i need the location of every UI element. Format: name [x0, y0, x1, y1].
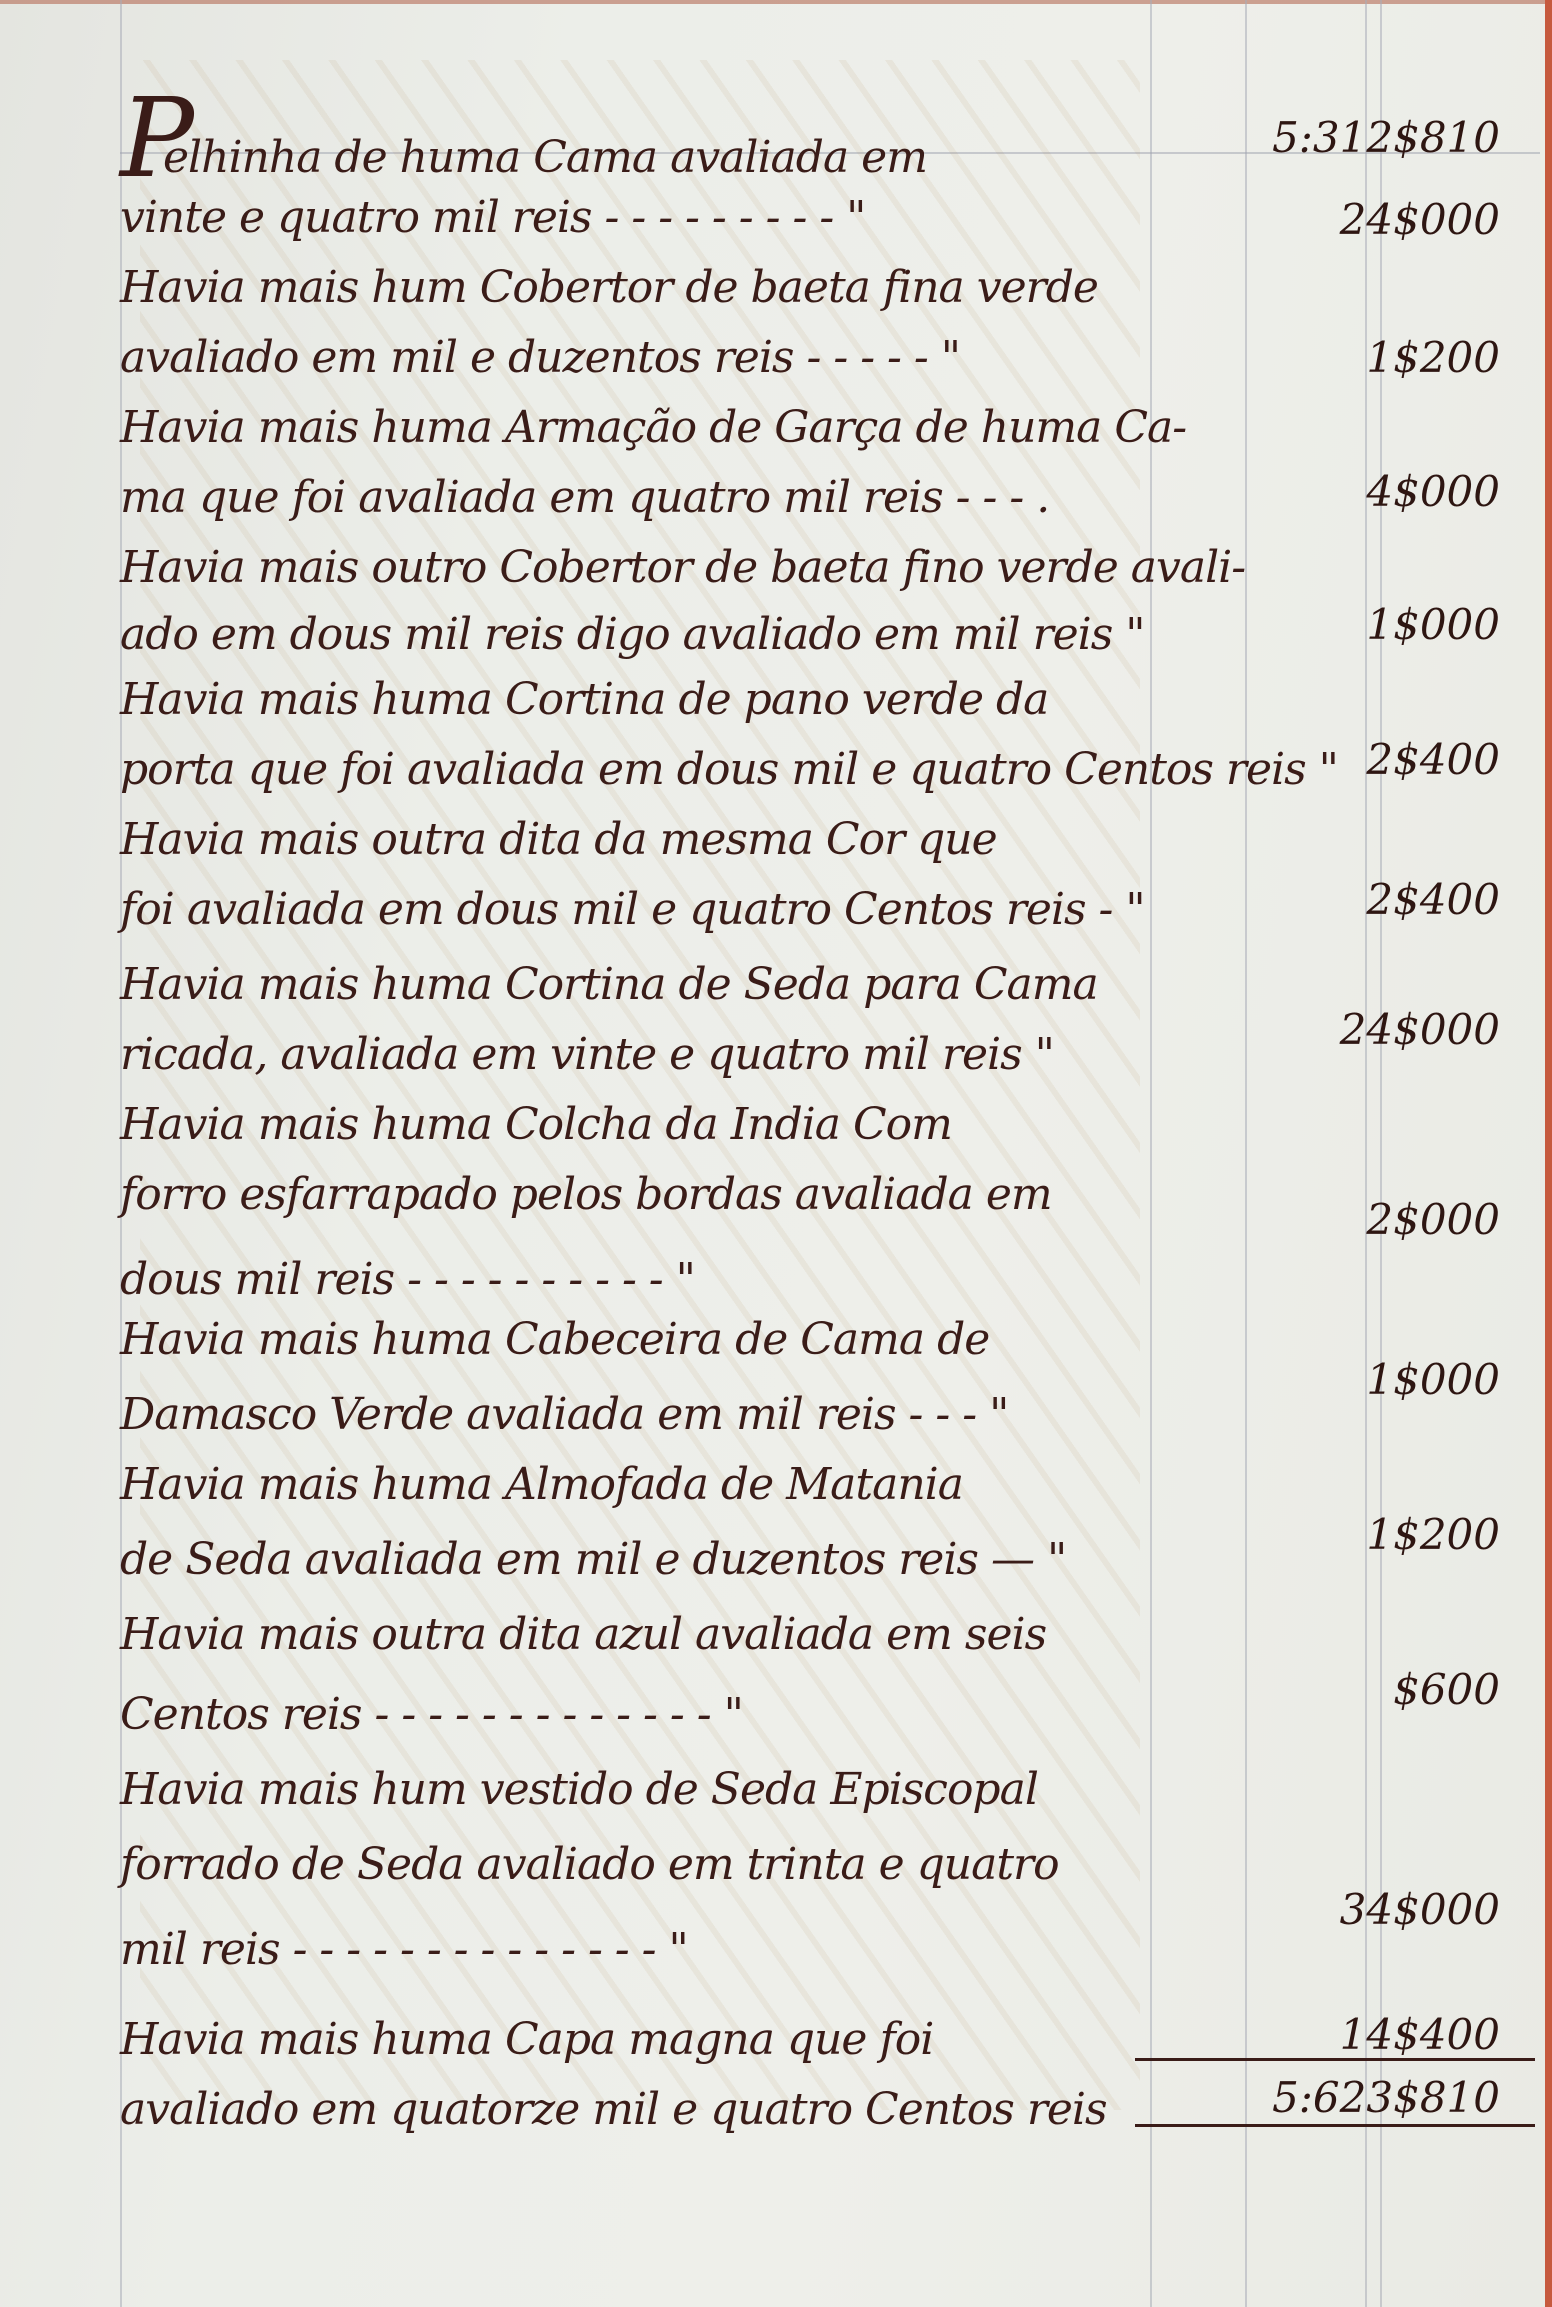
entry-amount: 14$400 — [1180, 2005, 1500, 2065]
entry-amount: 2$400 — [1180, 870, 1500, 930]
entry-line: avaliado em quatorze mil e quatro Centos… — [120, 2080, 1150, 2140]
entry-line: foi avaliada em dous mil e quatro Centos… — [120, 880, 1150, 940]
entry-amount: 34$000 — [1180, 1880, 1500, 1940]
page-top-edge — [0, 0, 1545, 4]
entry-amount: 24$000 — [1180, 1000, 1500, 1060]
entry-line: ma que foi avaliada em quatro mil reis -… — [120, 468, 1150, 528]
entry-line: Havia mais huma Capa magna que foi — [120, 2010, 1150, 2070]
entry-line: vinte e quatro mil reis - - - - - - - - … — [120, 188, 1150, 248]
entry-line: Damasco Verde avaliada em mil reis - - -… — [120, 1385, 1150, 1445]
entry-line: Havia mais outra dita azul avaliada em s… — [120, 1605, 1150, 1665]
entry-line: ricada, avaliada em vinte e quatro mil r… — [120, 1025, 1150, 1085]
entry-line: forro esfarrapado pelos bordas avaliada … — [120, 1165, 1150, 1225]
entry-amount: 2$400 — [1180, 730, 1500, 790]
entry-line: forrado de Seda avaliado em trinta e qua… — [120, 1835, 1150, 1895]
entry-amount: $600 — [1180, 1660, 1500, 1720]
carried-forward-amount: 5:312$810 — [1180, 108, 1500, 168]
column-rule-1 — [1150, 0, 1152, 2307]
entry-line: ado em dous mil reis digo avaliado em mi… — [120, 605, 1150, 665]
entry-line: Havia mais hum vestido de Seda Episcopal — [120, 1760, 1150, 1820]
entry-line: Havia mais outro Cobertor de baeta fino … — [120, 538, 1150, 598]
entry-line: Havia mais huma Cortina de pano verde da — [120, 670, 1150, 730]
entry-line: Pelhinha de huma Cama avaliada em — [120, 108, 1150, 168]
entry-amount: 2$000 — [1180, 1190, 1500, 1250]
entry-line: porta que foi avaliada em dous mil e qua… — [120, 740, 1150, 800]
sum-rule-top — [1135, 2058, 1535, 2061]
entry-line: Havia mais huma Almofada de Matania — [120, 1455, 1150, 1515]
entry-amount: 24$000 — [1180, 190, 1500, 250]
entry-line: Havia mais huma Cortina de Seda para Cam… — [120, 955, 1150, 1015]
entry-amount: 1$200 — [1180, 328, 1500, 388]
entry-line: Centos reis - - - - - - - - - - - - - " — [120, 1685, 1150, 1745]
entry-amount: 1$000 — [1180, 1350, 1500, 1410]
total-amount: 5:623$810 — [1180, 2068, 1500, 2128]
entry-line: Havia mais huma Colcha da India Com — [120, 1095, 1150, 1155]
entry-amount: 1$000 — [1180, 595, 1500, 655]
entry-line: Havia mais hum Cobertor de baeta fina ve… — [120, 258, 1150, 318]
entry-line: dous mil reis - - - - - - - - - - " — [120, 1250, 1150, 1310]
entry-amount: 1$200 — [1180, 1505, 1500, 1565]
entry-line: Havia mais huma Cabeceira de Cama de — [120, 1310, 1150, 1370]
ledger-page: Pelhinha de huma Cama avaliada em 5:312$… — [0, 0, 1545, 2307]
entry-line: Havia mais huma Armação de Garça de huma… — [120, 398, 1150, 458]
entry-line: Havia mais outra dita da mesma Cor que — [120, 810, 1150, 870]
sum-rule-bottom — [1135, 2124, 1535, 2127]
entry-amount: 4$000 — [1180, 462, 1500, 522]
entry-line: mil reis - - - - - - - - - - - - - - " — [120, 1920, 1150, 1980]
entry-line: de Seda avaliada em mil e duzentos reis … — [120, 1530, 1150, 1590]
entry-line: avaliado em mil e duzentos reis - - - - … — [120, 328, 1150, 388]
